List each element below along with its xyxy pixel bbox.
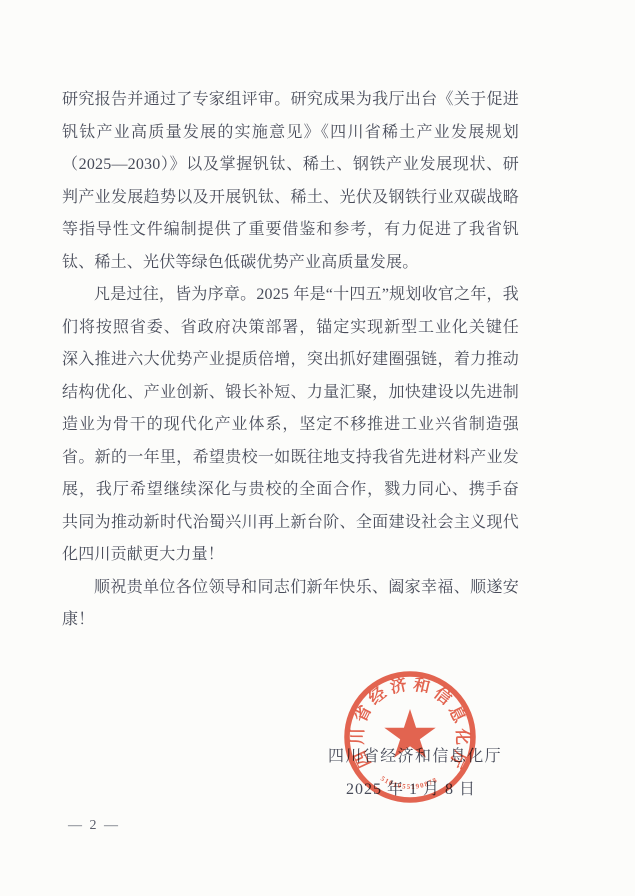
body-line: 钒钛产业高质量发展的实施意见》《四川省稀土产业发展规划 bbox=[62, 117, 519, 150]
body-line: （2025—2030）》以及掌握钒钛、稀土、钢铁产业发展现状、研 bbox=[62, 149, 519, 182]
body-line: 判产业发展趋势以及开展钒钛、稀土、光伏及钢铁行业双碳战略 bbox=[62, 182, 519, 215]
body-line: 研究报告并通过了专家组评审。研究成果为我厅出台《关于促进 bbox=[62, 84, 519, 117]
body-line: 共同为推动新时代治蜀兴川再上新台阶、全面建设社会主义现代 bbox=[62, 507, 519, 540]
body-line: 们将按照省委、省政府决策部署，锚定实现新型工业化关键任务， bbox=[62, 312, 519, 345]
body-line: 凡是过往，皆为序章。2025 年是“十四五”规划收官之年，我 bbox=[62, 279, 519, 312]
body-line: 钛、稀土、光伏等绿色低碳优势产业高质量发展。 bbox=[62, 247, 519, 280]
page-number: — 2 — bbox=[68, 818, 120, 834]
seal-code-text: 5101055190878 bbox=[379, 775, 438, 791]
body-line: 深入推进六大优势产业提质倍增，突出抓好建圈强链，着力推动 bbox=[62, 344, 519, 377]
letter-body: 研究报告并通过了专家组评审。研究成果为我厅出台《关于促进 钒钛产业高质量发展的实… bbox=[62, 84, 519, 637]
body-line: 顺祝贵单位各位领导和同志们新年快乐、阖家幸福、顺遂安 bbox=[62, 572, 519, 605]
body-line: 省。新的一年里，希望贵校一如既往地支持我省先进材料产业发 bbox=[62, 442, 519, 475]
body-line: 康！ bbox=[62, 604, 519, 637]
body-line: 结构优化、产业创新、锻长补短、力量汇聚，加快建设以先进制 bbox=[62, 377, 519, 410]
official-seal: 四川省经济和信息化厅 5101055190878 bbox=[342, 669, 478, 805]
body-line: 造业为骨干的现代化产业体系，坚定不移推进工业兴省制造强 bbox=[62, 409, 519, 442]
scanned-letter-page: 研究报告并通过了专家组评审。研究成果为我厅出台《关于促进 钒钛产业高质量发展的实… bbox=[0, 0, 635, 896]
body-line: 等指导性文件编制提供了重要借鉴和参考，有力促进了我省钒 bbox=[62, 214, 519, 247]
body-line: 展，我厅希望继续深化与贵校的全面合作，戮力同心、携手奋进， bbox=[62, 474, 519, 507]
body-line: 化四川贡献更大力量！ bbox=[62, 539, 519, 572]
seal-star-icon bbox=[384, 709, 435, 758]
